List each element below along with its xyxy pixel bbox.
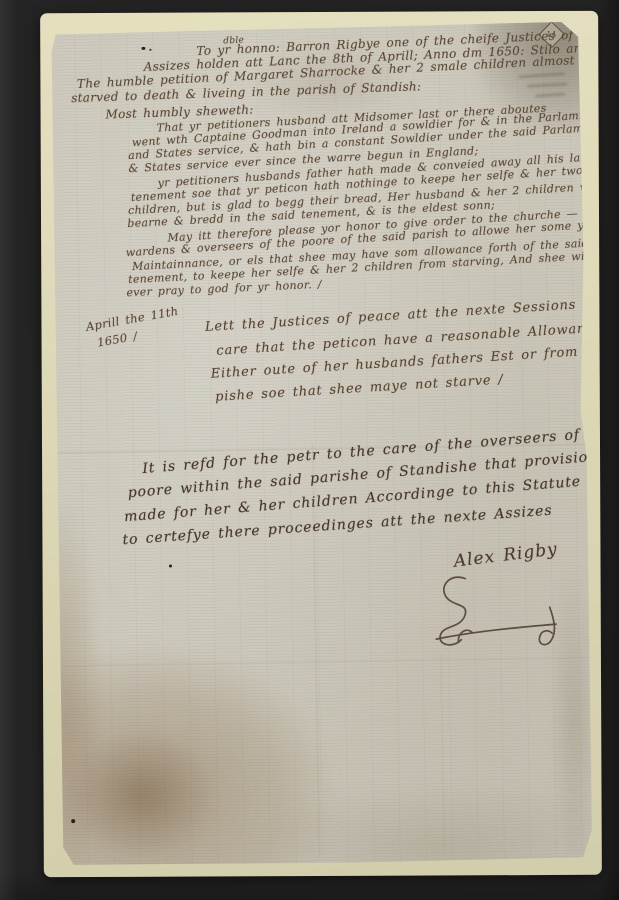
- text-layer: dbleTo yr honno: Barron Rigbye one of th…: [48, 22, 594, 869]
- photo-background: 14 dbleTo yr honno: Barron Rigbye one of…: [0, 0, 619, 900]
- manuscript-line: 1650 /: [96, 329, 138, 350]
- mount-sheet: 14 dbleTo yr honno: Barron Rigbye one of…: [40, 11, 602, 877]
- manuscript-line: Alex Rigby: [453, 539, 559, 571]
- manuscript-page: 14 dbleTo yr honno: Barron Rigbye one of…: [48, 22, 594, 869]
